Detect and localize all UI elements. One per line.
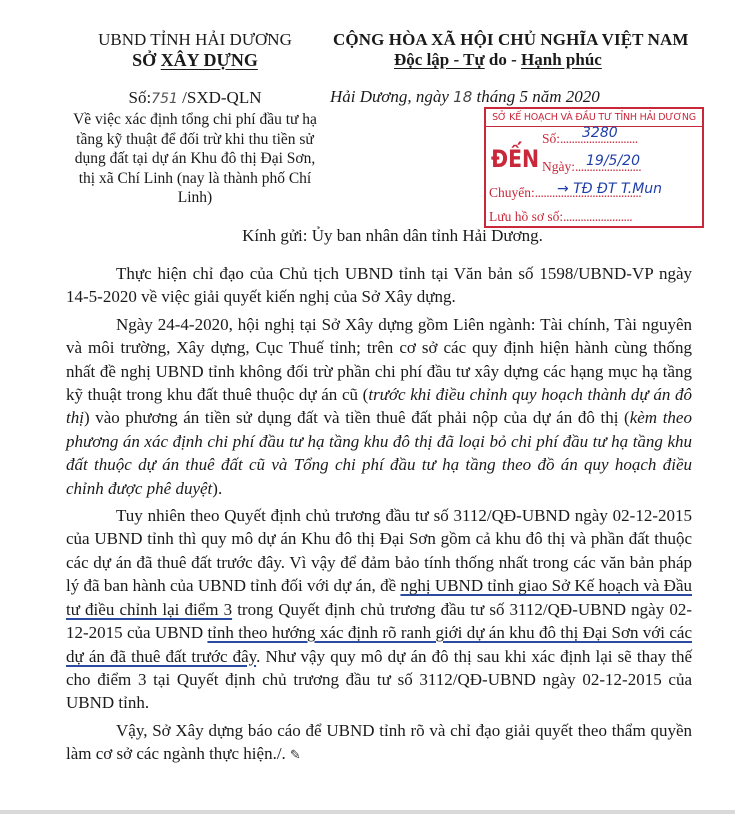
- stamp-date-label: Ngày:: [542, 159, 575, 174]
- date-suffix: tháng 5 năm 2020: [472, 87, 600, 106]
- stamp-number-label: Số:: [542, 131, 560, 146]
- document-number-label: Số:: [128, 88, 151, 107]
- document-number-suffix: /SXD-QLN: [178, 88, 262, 107]
- document-body: Thực hiện chỉ đạo của Chủ tịch UBND tỉnh…: [66, 262, 692, 772]
- stamp-number-row: Số:........................... 3280: [542, 131, 638, 147]
- paragraph-4: Vậy, Sở Xây dựng báo cáo để UBND tỉnh rõ…: [66, 719, 692, 768]
- paragraph-4-text: Vậy, Sở Xây dựng báo cáo để UBND tỉnh rõ…: [66, 721, 692, 763]
- stamp-date-value: 19/5/20: [586, 153, 640, 169]
- document-number-handwritten: 751: [151, 91, 178, 107]
- stamp-received-label: ĐẾN: [491, 145, 539, 173]
- date-prefix: Hải Dương, ngày: [330, 87, 453, 106]
- scanned-document-page: UBND TỈNH HẢI DƯƠNG SỞ XÂY DỰNG Số:751 /…: [0, 0, 735, 814]
- received-stamp: SỞ KẾ HOẠCH VÀ ĐẦU TƯ TỈNH HẢI DƯƠNG ĐẾN…: [484, 107, 704, 228]
- motto-part-3: Hạnh phúc: [521, 50, 602, 69]
- issuing-authority: UBND TỈNH HẢI DƯƠNG: [80, 30, 310, 50]
- national-title: CỘNG HÒA XÃ HỘI CHỦ NGHĨA VIỆT NAM: [333, 30, 689, 50]
- page-bottom-edge: [0, 810, 735, 814]
- stamp-forward-row: Chuyển:.................................…: [489, 185, 641, 201]
- paragraph-2-text-cont: ) vào phương án tiền sử dụng đất và tiền…: [84, 408, 630, 427]
- stamp-forward-label: Chuyển:: [489, 185, 535, 200]
- motto-part-2: do -: [485, 50, 521, 69]
- motto-part-1: Độc lập - Tự: [394, 50, 485, 69]
- document-number: Số:751 /SXD-QLN: [80, 88, 310, 108]
- paragraph-2-end: ).: [212, 479, 222, 498]
- department-prefix: SỞ: [132, 50, 161, 70]
- stamp-archive-row: Lưu hồ sơ số:........................: [489, 209, 632, 225]
- initial-mark-icon: ✎: [286, 748, 301, 763]
- stamp-forward-value: → TĐ ĐT T.Mun: [557, 181, 662, 197]
- paragraph-2: Ngày 24-4-2020, hội nghị tại Sở Xây dựng…: [66, 313, 692, 500]
- paragraph-3: Tuy nhiên theo Quyết định chủ trương đầu…: [66, 504, 692, 715]
- department-name: XÂY DỰNG: [161, 50, 258, 70]
- stamp-archive-label: Lưu hồ sơ số:: [489, 209, 563, 224]
- document-subject: Về việc xác định tổng chi phí đầu tư hạ …: [66, 110, 324, 208]
- stamp-number-value: 3280: [582, 125, 618, 141]
- national-motto: Độc lập - Tự do - Hạnh phúc: [394, 50, 602, 70]
- recipient-greeting: Kính gửi: Ủy ban nhân dân tỉnh Hải Dương…: [0, 226, 735, 246]
- paragraph-1: Thực hiện chỉ đạo của Chủ tịch UBND tỉnh…: [66, 262, 692, 309]
- place-and-date: Hải Dương, ngày 18 tháng 5 năm 2020: [330, 87, 600, 107]
- date-day-handwritten: 18: [453, 88, 472, 106]
- issuing-department: SỞ XÂY DỰNG: [80, 50, 310, 71]
- stamp-date-row: Ngày:....................... 19/5/20: [542, 159, 641, 175]
